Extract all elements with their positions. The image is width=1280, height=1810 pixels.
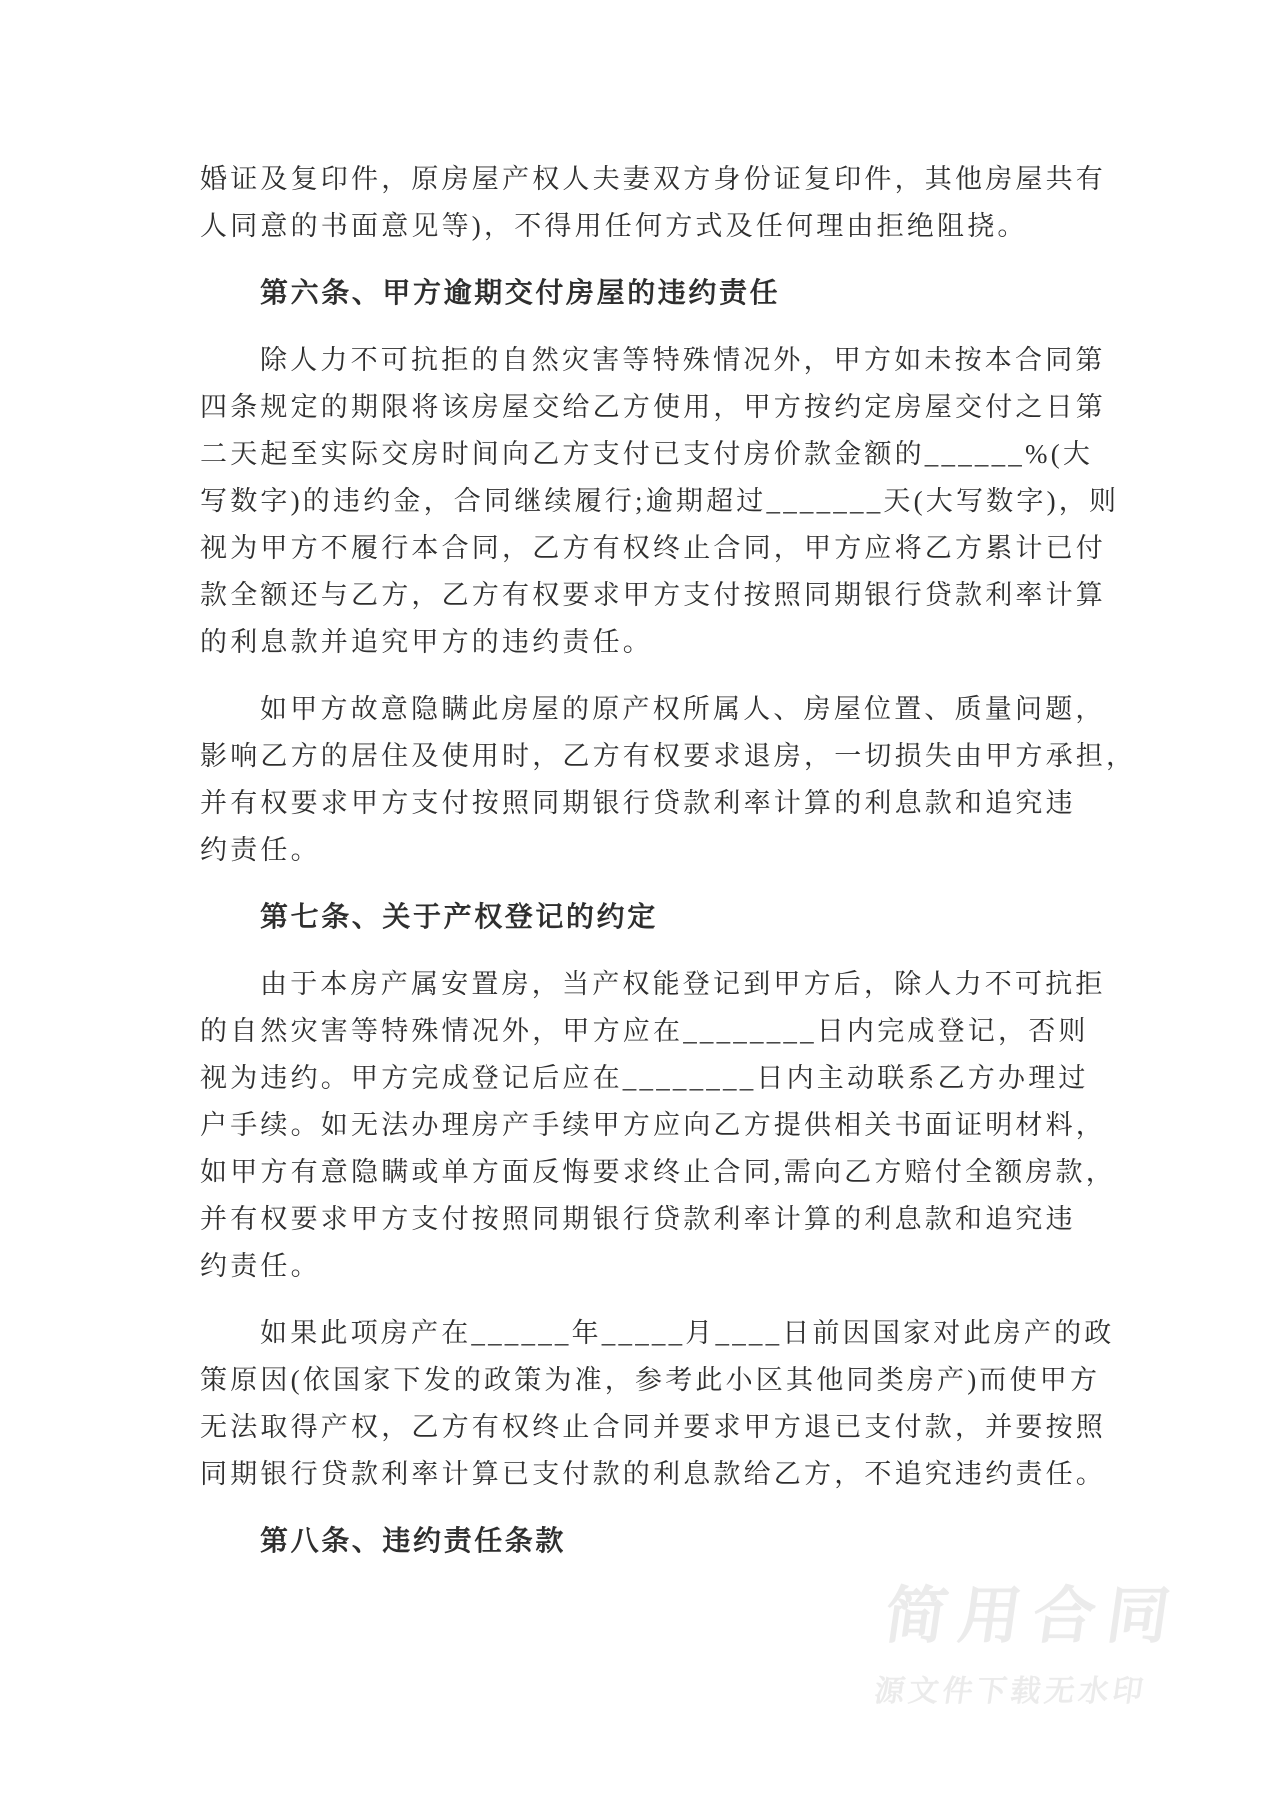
paragraph: 如甲方故意隐瞒此房屋的原产权所属人、房屋位置、质量问题，影响乙方的居住及使用时，… <box>200 686 1102 874</box>
text-line: 无法取得产权，乙方有权终止合同并要求甲方退已支付款，并要按照 <box>200 1404 1102 1451</box>
text-line: 策原因(依国家下发的政策为准，参考此小区其他同类房产)而使甲方 <box>200 1357 1102 1404</box>
text-line: 四条规定的期限将该房屋交给乙方使用，甲方按约定房屋交付之日第 <box>200 384 1102 431</box>
text-line: 视为甲方不履行本合同，乙方有权终止合同，甲方应将乙方累计已付 <box>200 525 1102 572</box>
text-line: 款全额还与乙方，乙方有权要求甲方支付按照同期银行贷款利率计算 <box>200 572 1102 619</box>
text-line: 写数字)的违约金，合同继续履行;逾期超过_______天(大写数字)，则 <box>200 478 1102 525</box>
text-line: 如甲方故意隐瞒此房屋的原产权所属人、房屋位置、质量问题， <box>200 686 1102 733</box>
text-line: 如甲方有意隐瞒或单方面反悔要求终止合同,需向乙方赔付全额房款， <box>200 1149 1102 1196</box>
section-heading: 第六条、甲方逾期交付房屋的违约责任 <box>200 270 1102 317</box>
text-line: 婚证及复印件，原房屋产权人夫妻双方身份证复印件，其他房屋共有 <box>200 156 1102 203</box>
text-line: 并有权要求甲方支付按照同期银行贷款利率计算的利息款和追究违 <box>200 780 1102 827</box>
text-line: 约责任。 <box>200 1243 1102 1290</box>
section-heading: 第八条、违约责任条款 <box>200 1518 1102 1565</box>
paragraph: 如果此项房产在______年_____月____日前因国家对此房产的政策原因(依… <box>200 1310 1102 1498</box>
contract-page: 婚证及复印件，原房屋产权人夫妻双方身份证复印件，其他房屋共有人同意的书面意见等)… <box>0 0 1280 1810</box>
document-body: 婚证及复印件，原房屋产权人夫妻双方身份证复印件，其他房屋共有人同意的书面意见等)… <box>0 0 1280 1565</box>
paragraph: 由于本房产属安置房，当产权能登记到甲方后，除人力不可抗拒的自然灾害等特殊情况外，… <box>200 961 1102 1290</box>
text-line: 由于本房产属安置房，当产权能登记到甲方后，除人力不可抗拒 <box>200 961 1102 1008</box>
text-line: 约责任。 <box>200 827 1102 874</box>
text-line: 影响乙方的居住及使用时，乙方有权要求退房，一切损失由甲方承担， <box>200 733 1102 780</box>
text-line: 的自然灾害等特殊情况外，甲方应在________日内完成登记，否则 <box>200 1008 1102 1055</box>
watermark-subtitle: 源文件下载无水印 <box>872 1666 1174 1710</box>
section-heading: 第七条、关于产权登记的约定 <box>200 894 1102 941</box>
text-line: 第六条、甲方逾期交付房屋的违约责任 <box>200 270 1102 317</box>
watermark-title: 简用合同 <box>880 1584 1185 1650</box>
text-line: 除人力不可抗拒的自然灾害等特殊情况外，甲方如未按本合同第 <box>200 337 1102 384</box>
text-line: 户手续。如无法办理房产手续甲方应向乙方提供相关书面证明材料， <box>200 1102 1102 1149</box>
text-line: 并有权要求甲方支付按照同期银行贷款利率计算的利息款和追究违 <box>200 1196 1102 1243</box>
text-line: 第八条、违约责任条款 <box>200 1518 1102 1565</box>
text-line: 如果此项房产在______年_____月____日前因国家对此房产的政 <box>200 1310 1102 1357</box>
text-line: 二天起至实际交房时间向乙方支付已支付房价款金额的______%(大 <box>200 431 1102 478</box>
text-line: 视为违约。甲方完成登记后应在________日内主动联系乙方办理过 <box>200 1055 1102 1102</box>
text-line: 的利息款并追究甲方的违约责任。 <box>200 619 1102 666</box>
text-line: 人同意的书面意见等)，不得用任何方式及任何理由拒绝阻挠。 <box>200 203 1102 250</box>
text-line: 同期银行贷款利率计算已支付款的利息款给乙方，不追究违约责任。 <box>200 1451 1102 1498</box>
text-line: 第七条、关于产权登记的约定 <box>200 894 1102 941</box>
watermark: 简用合同 源文件下载无水印 <box>872 1584 1186 1710</box>
paragraph: 婚证及复印件，原房屋产权人夫妻双方身份证复印件，其他房屋共有人同意的书面意见等)… <box>200 156 1102 250</box>
paragraph: 除人力不可抗拒的自然灾害等特殊情况外，甲方如未按本合同第四条规定的期限将该房屋交… <box>200 337 1102 666</box>
